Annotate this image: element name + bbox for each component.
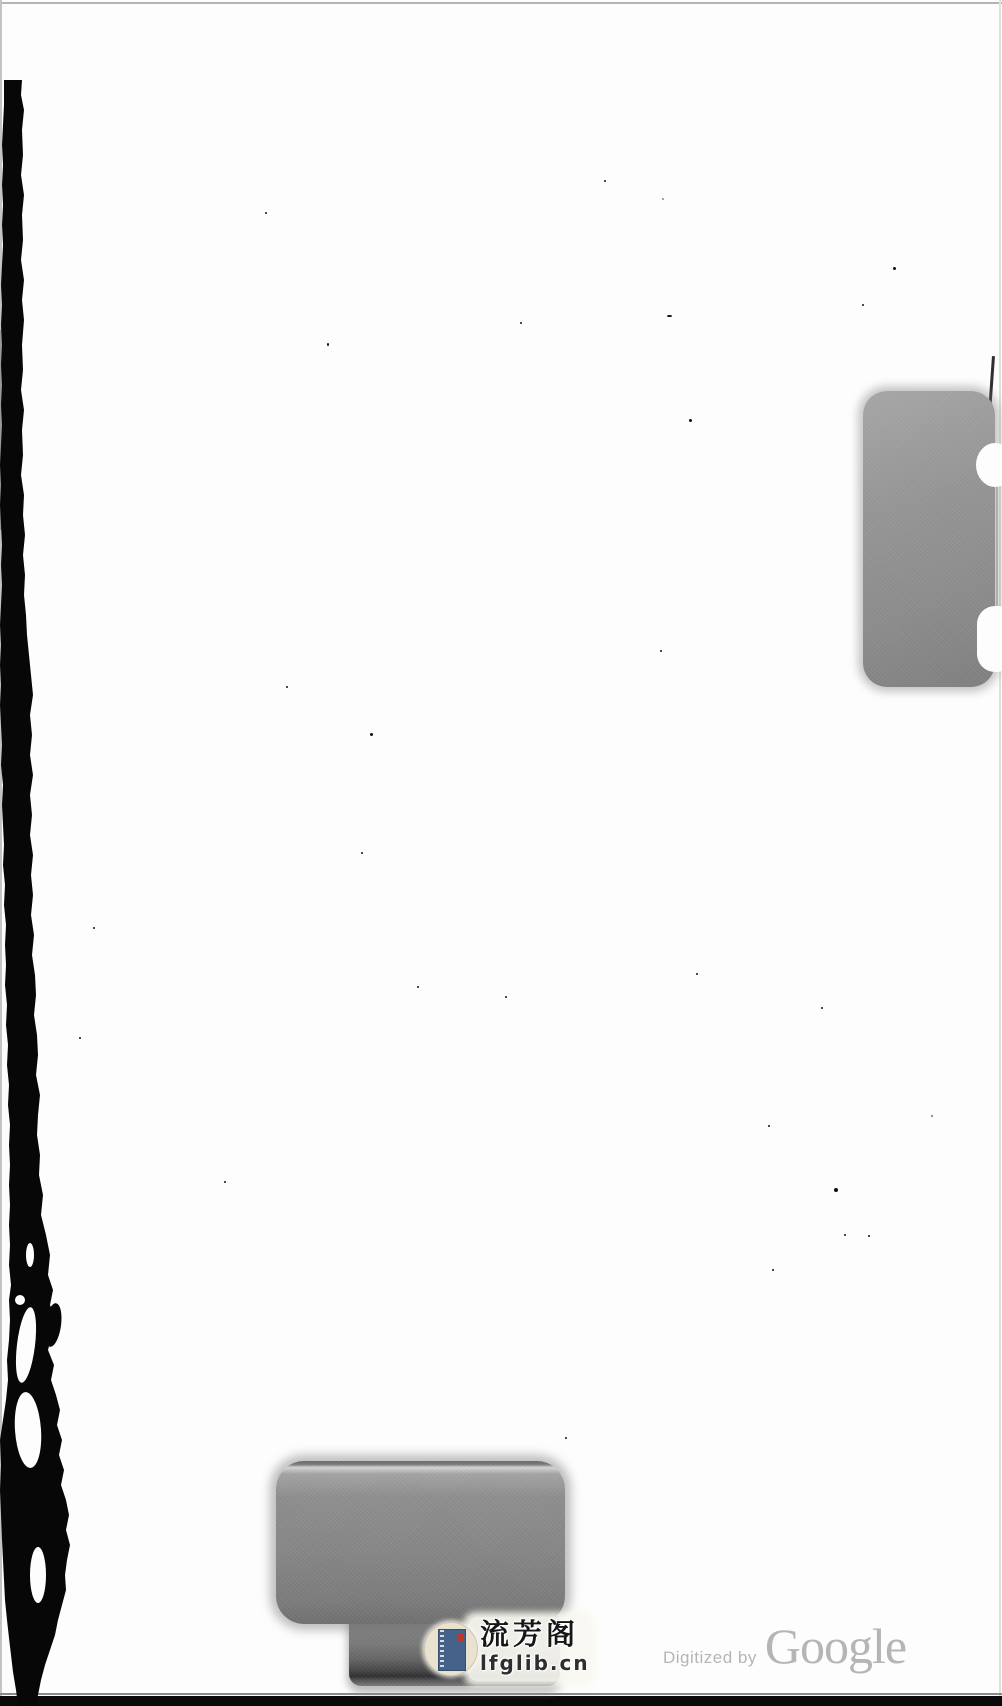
ink-speck — [768, 1125, 770, 1127]
watermark-site-url: lfglib.cn — [480, 1651, 590, 1675]
ink-speck — [834, 1188, 838, 1192]
ink-speck — [417, 986, 419, 988]
ink-speck — [327, 343, 329, 346]
scanned-page: 流芳阁 lfglib.cn Digitized by Google — [0, 0, 1002, 1706]
ink-speck — [93, 927, 95, 929]
speck-layer — [0, 0, 1002, 1706]
ink-speck — [689, 419, 692, 422]
ink-speck — [505, 996, 507, 998]
digitized-by-label: Digitized by — [663, 1648, 757, 1668]
ink-speck — [667, 315, 672, 317]
ink-speck — [265, 212, 267, 214]
ink-speck — [662, 198, 664, 200]
ink-speck — [604, 180, 606, 182]
ink-speck — [821, 1007, 823, 1009]
ink-speck — [565, 1437, 567, 1439]
ink-speck — [224, 1181, 226, 1183]
ink-speck — [772, 1269, 774, 1271]
ink-speck — [660, 650, 662, 652]
book-seal-mark — [458, 1633, 463, 1641]
ink-speck — [286, 686, 288, 688]
ink-speck — [79, 1037, 81, 1039]
ink-speck — [868, 1235, 870, 1237]
google-attribution: Digitized by Google — [663, 1624, 906, 1669]
book-cover-icon — [438, 1629, 466, 1671]
book-spine-stitching — [440, 1630, 444, 1670]
ink-speck — [361, 852, 363, 854]
ink-speck — [520, 322, 522, 324]
ink-speck — [696, 973, 698, 975]
google-logo-text: Google — [765, 1624, 906, 1669]
ink-speck — [370, 733, 373, 736]
watermark-logo — [424, 1622, 478, 1676]
ink-speck — [862, 304, 864, 306]
ink-speck — [844, 1234, 846, 1236]
ink-speck — [893, 267, 896, 270]
ink-speck — [931, 1115, 933, 1117]
watermark-site-name: 流芳阁 — [480, 1619, 590, 1651]
